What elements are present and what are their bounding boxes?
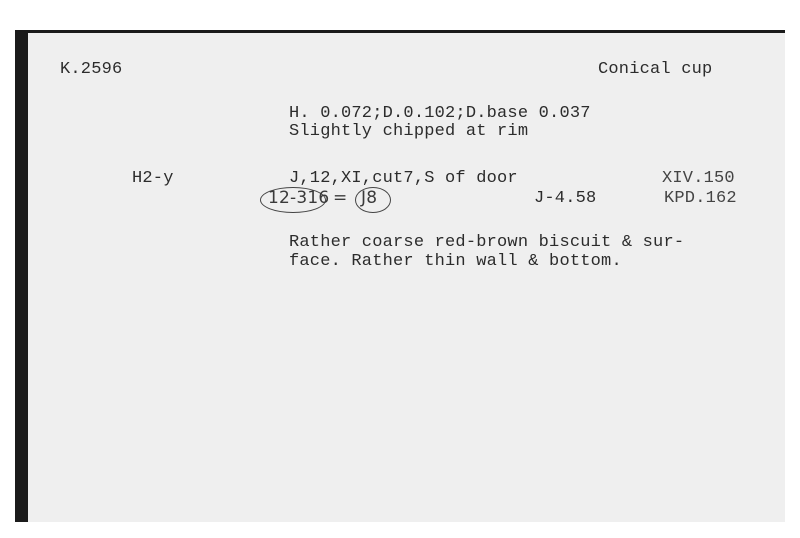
- catalog-card: K.2596 Conical cup H. 0.072;D.0.102;D.ba…: [15, 30, 785, 522]
- description-line-1: Rather coarse red-brown biscuit & sur-: [289, 234, 684, 251]
- grid-reference: H2-y: [132, 170, 174, 187]
- catalog-number: K.2596: [60, 61, 122, 78]
- photo-reference: J-4.58: [534, 190, 596, 207]
- reference-1: XIV.150: [662, 170, 735, 187]
- object-type: Conical cup: [598, 61, 712, 78]
- findspot: J,12,XI,cut7,S of door: [289, 170, 518, 187]
- annotation-left: 12-316: [268, 190, 329, 207]
- reference-2: KPD.162: [664, 190, 737, 207]
- condition: Slightly chipped at rim: [289, 123, 528, 140]
- description-line-2: face. Rather thin wall & bottom.: [289, 253, 622, 270]
- annotation-equals: =: [333, 190, 347, 207]
- dimensions: H. 0.072;D.0.102;D.base 0.037: [289, 105, 591, 122]
- annotation-right: J8: [361, 190, 377, 207]
